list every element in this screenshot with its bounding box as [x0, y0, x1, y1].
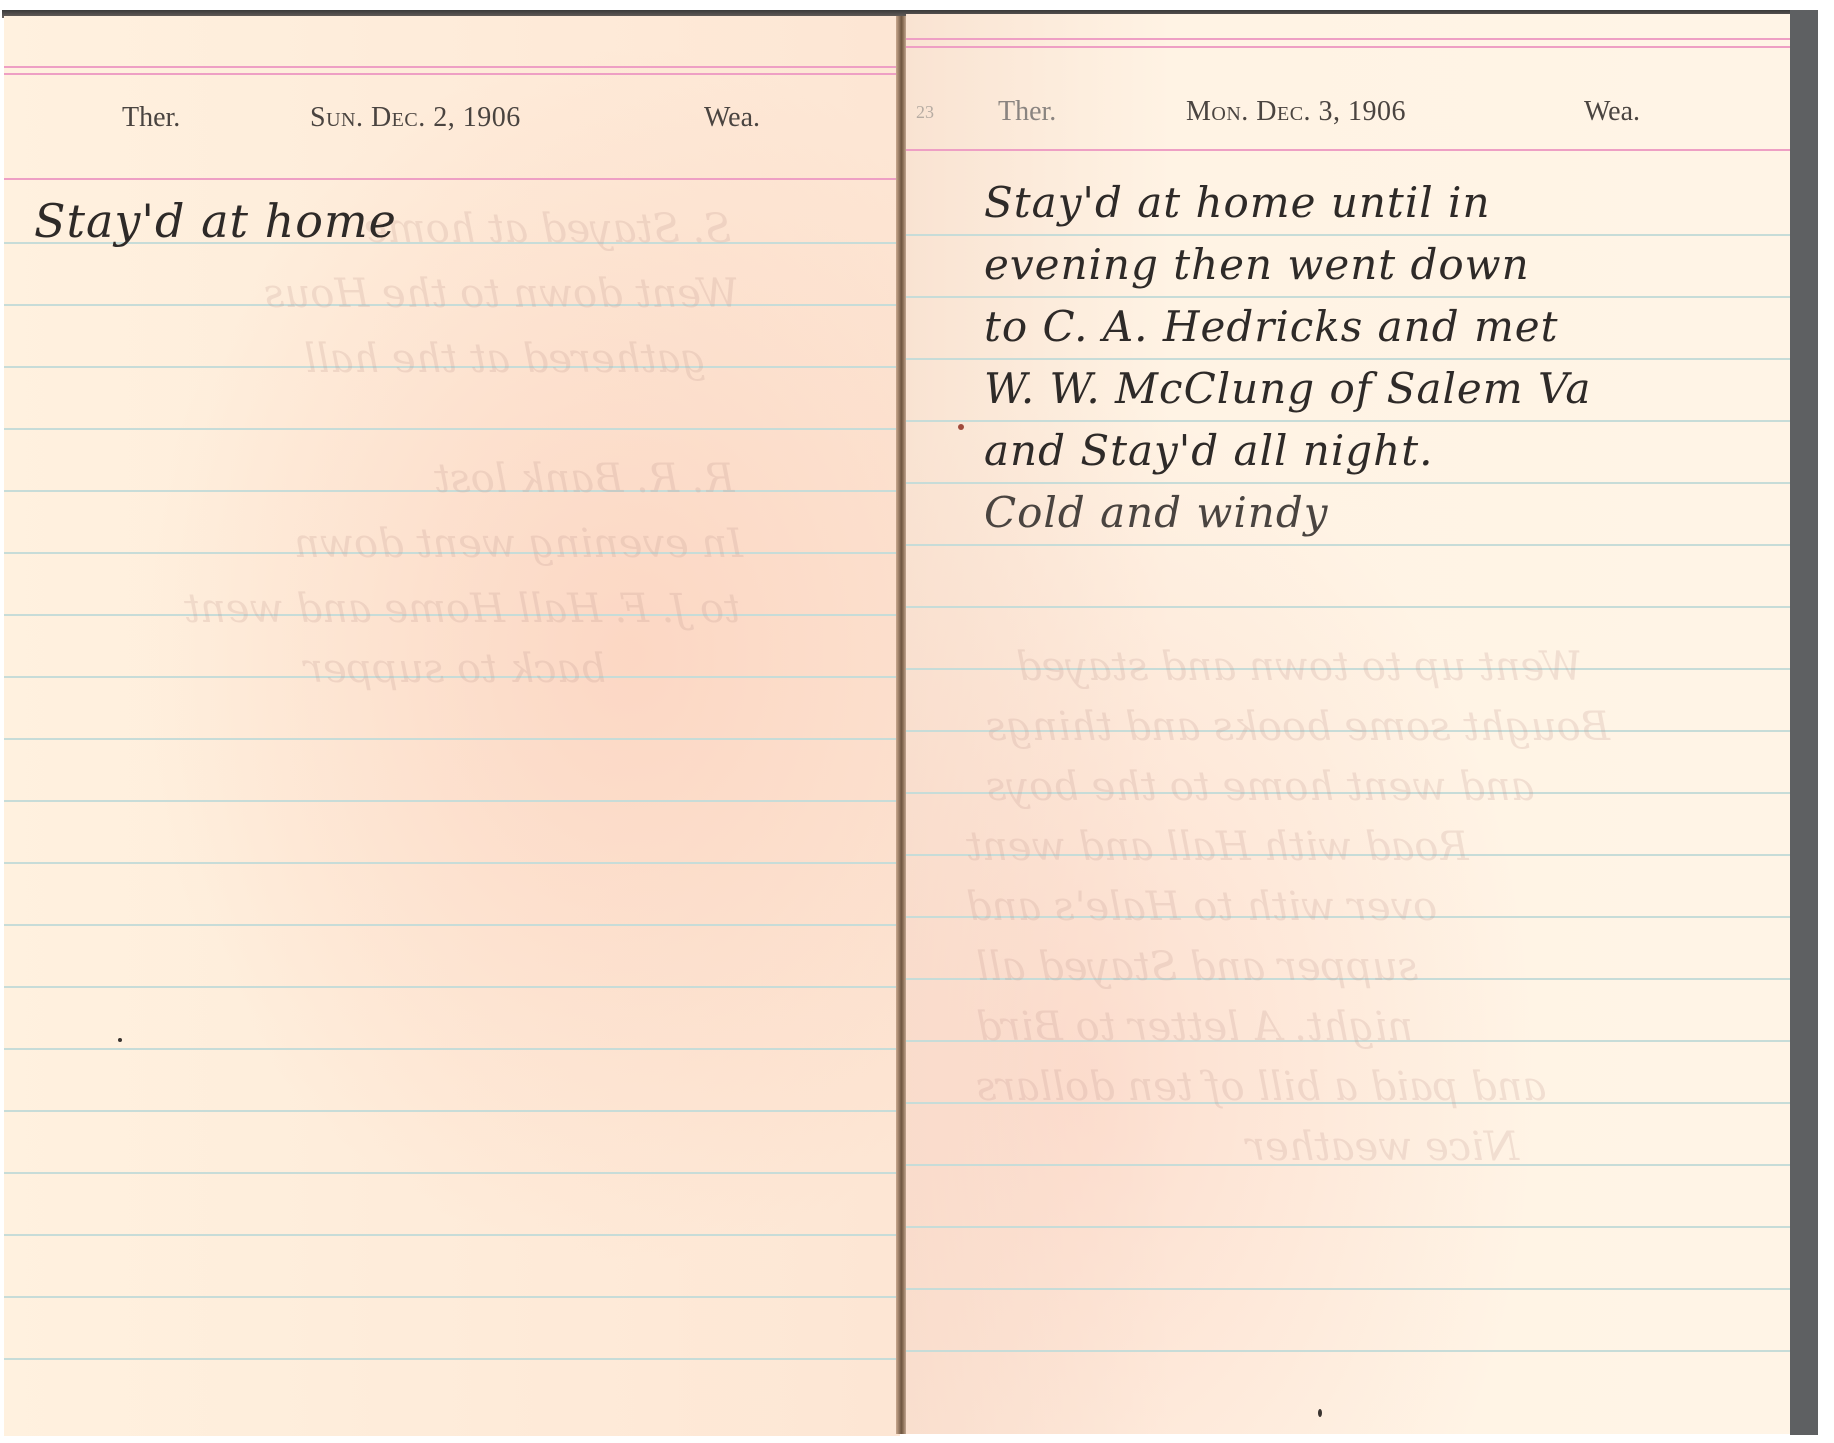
right-page-header: 23 Ther. Mon. Dec. 3, 1906 Wea.: [906, 96, 1790, 136]
header-rule-top: [906, 38, 1790, 40]
entry-line: to C. A. Hedricks and met: [984, 302, 1559, 351]
ruled-line: [4, 1172, 900, 1174]
ruled-line: [4, 1358, 900, 1360]
bleed-through-text: gathered at the hall: [304, 336, 706, 382]
ruled-line: [906, 358, 1790, 360]
entry-line: Cold and windy: [984, 488, 1328, 537]
bleed-through-text: back to supper: [304, 646, 606, 692]
left-page-header: Ther. Sun. Dec. 2, 1906 Wea.: [4, 102, 900, 142]
ruled-line: [906, 544, 1790, 546]
ruled-line: [4, 986, 900, 988]
entry-line: W. W. McClung of Salem Va: [984, 364, 1591, 413]
ruled-line: [4, 800, 900, 802]
ruled-line: [4, 1110, 900, 1112]
bleed-through-text: Went up to town and stayed: [1016, 644, 1582, 690]
page-marker: 23: [916, 102, 934, 123]
ruled-line: [4, 862, 900, 864]
bleed-through-text: night. A letter to Bird: [976, 1004, 1413, 1050]
bleed-through-text: Nice weather: [1246, 1124, 1519, 1170]
header-rule-top: [4, 66, 900, 68]
bleed-through-text: over with to Hale's and: [966, 884, 1437, 930]
ruled-line: [4, 1048, 900, 1050]
red-ink-dot: [958, 424, 964, 430]
entry-line: and Stay'd all night.: [984, 426, 1433, 475]
bleed-through-text: Bought some books and things: [986, 704, 1610, 750]
ruled-line: [906, 420, 1790, 422]
ruled-line: [906, 1350, 1790, 1352]
bleed-through-text: to J. F. Hall Home and went: [184, 586, 740, 632]
ther-label: Ther.: [998, 96, 1056, 128]
header-rule-bottom: [4, 178, 900, 180]
ruled-line: [906, 606, 1790, 608]
bleed-through-text: and paid a bill of ten dollars: [976, 1064, 1546, 1110]
entry-line: Stay'd at home: [34, 194, 397, 248]
ruled-line: [4, 1234, 900, 1236]
bleed-through-text: Road with Hall and went: [966, 824, 1469, 870]
wea-label: Wea.: [1584, 96, 1640, 128]
page-date: Sun. Dec. 2, 1906: [310, 102, 521, 134]
wea-label: Wea.: [704, 102, 760, 134]
ruled-line: [906, 234, 1790, 236]
right-page: 23 Ther. Mon. Dec. 3, 1906 Wea. Went up …: [906, 14, 1790, 1434]
ruled-line: [4, 1296, 900, 1298]
bleed-through-text: Went down to the Hous: [264, 271, 739, 317]
ruled-line: [906, 482, 1790, 484]
header-rule-top-2: [4, 73, 900, 75]
entry-line: Stay'd at home until in: [984, 178, 1491, 227]
bleed-through-text: R. R. Bank lost: [434, 456, 735, 502]
ruled-line: [4, 738, 900, 740]
entry-line: evening then went down: [984, 240, 1530, 289]
bleed-through-text: S. Stayed at home: [364, 206, 731, 252]
bleed-through-text: In evening went down: [294, 521, 743, 567]
page-date: Mon. Dec. 3, 1906: [1186, 96, 1406, 128]
header-rule-top-2: [906, 46, 1790, 48]
ruled-line: [4, 924, 900, 926]
left-page: Ther. Sun. Dec. 2, 1906 Wea. S. Stayed a…: [4, 16, 900, 1436]
ther-label: Ther.: [122, 102, 180, 134]
ruled-line: [906, 1226, 1790, 1228]
back-cover-edge: [1790, 10, 1818, 1435]
header-rule-bottom: [906, 149, 1790, 151]
bleed-through-text: supper and Stayed all: [976, 944, 1418, 990]
open-diary: Ther. Sun. Dec. 2, 1906 Wea. S. Stayed a…: [0, 0, 1834, 1443]
ruled-line: [4, 428, 900, 430]
ruled-line: [906, 296, 1790, 298]
ink-speck: [118, 1038, 122, 1042]
bleed-through-text: and went home to the boys: [986, 764, 1534, 810]
ink-speck: [1318, 1409, 1322, 1417]
ruled-line: [906, 1288, 1790, 1290]
